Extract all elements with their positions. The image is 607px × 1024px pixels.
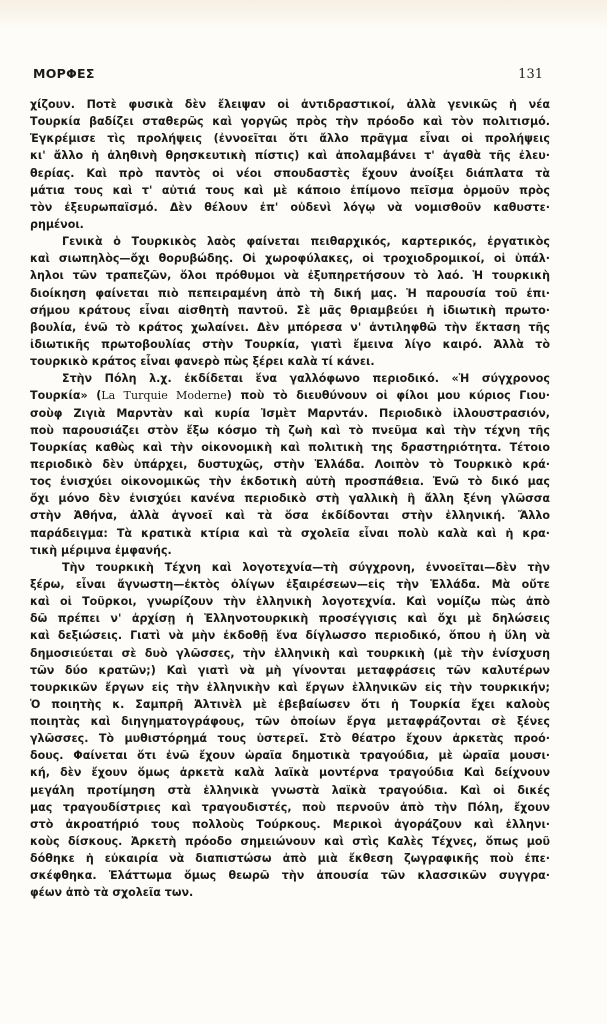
running-title: ΜΟΡΦΕΣ bbox=[33, 66, 95, 81]
text-line: παράδειγμα: Τὰ κρατικὰ κτίρια καὶ τὰ σχο… bbox=[30, 525, 550, 542]
text-line: μεγάλη προτίμηση στὰ ἑλληνικὰ γνωστὰ λαϊ… bbox=[30, 782, 550, 799]
text-line: κή, δὲν ἔχουν ὅμως ἀρκετὰ καλὰ λαϊκὰ μον… bbox=[30, 764, 550, 781]
text-line: μάτια τους καὶ τ' αὐτιά τους καὶ μὲ κάπο… bbox=[30, 182, 550, 199]
text-line: τῶν δύο κρατῶν;) Καὶ γιατὶ νὰ μὴ γίνοντα… bbox=[30, 662, 550, 679]
text-line: ρημένοι. bbox=[30, 216, 550, 233]
text-line: σκέφθηκα. Ἐλάττωμα ὅμως θεωρῶ τὴν ἀπουσί… bbox=[30, 867, 550, 884]
body-text: χίζουν. Ποτὲ φυσικὰ δὲν ἔλειψαν οἱ ἀντιδ… bbox=[30, 96, 550, 902]
text-line: καὶ σιωπηλὸς—ὄχι θορυβώδης. Οἱ χωροφύλακ… bbox=[30, 250, 550, 267]
text-line: καὶ οἱ Τοῦρκοι, γνωρίζουν τὴν ἑλληνικὴ λ… bbox=[30, 593, 550, 610]
text-line: διοίκηση φαίνεται πιὸ πεπειραμένη ἀπὸ τὴ… bbox=[30, 285, 550, 302]
text-line: μας τραγουδίστριες καὶ τραγουδιστές, ποὺ… bbox=[30, 799, 550, 816]
text-line: Τουρκία βαδίζει σταθερῶς καὶ γοργῶς πρὸς… bbox=[30, 113, 550, 130]
text-line: περιοδικὸ δὲν ὑπάρχει, δυστυχῶς, στὴν Ἑλ… bbox=[30, 456, 550, 473]
paragraph: Στὴν Πόλη λ.χ. ἐκδίδεται ἕνα γαλλόφωνο π… bbox=[30, 370, 550, 559]
text-line: ὄχι μόνο δὲν ἐνισχύει κανένα περιοδικὸ σ… bbox=[30, 490, 550, 507]
text-line: θερίας. Καὶ πρὸ παντὸς οἱ νέοι σπουδαστὲ… bbox=[30, 165, 550, 182]
latin-title: La Turquie Moderne bbox=[101, 389, 226, 402]
text-line: δόθηκε ἡ εὐκαιρία νὰ διαπιστώσω ἀπὸ μιὰ … bbox=[30, 850, 550, 867]
paper-aging-stain bbox=[0, 0, 607, 30]
text-line: δῶ πρέπει ν' ἀρχίσῃ ἡ Ἑλληνοτουρκικὴ προ… bbox=[30, 610, 550, 627]
text-line: τικὴ μέριμνα ἐμφανής. bbox=[30, 542, 550, 559]
paragraph: χίζουν. Ποτὲ φυσικὰ δὲν ἔλειψαν οἱ ἀντιδ… bbox=[30, 96, 550, 233]
text-line: χίζουν. Ποτὲ φυσικὰ δὲν ἔλειψαν οἱ ἀντιδ… bbox=[30, 96, 550, 113]
text-line: στὴν Ἀθήνα, ἀλλὰ ἀγνοεῖ καὶ τὰ ὅσα ἐκδίδ… bbox=[30, 507, 550, 524]
page-number: 131 bbox=[518, 67, 543, 82]
text-line: φέων ἀπὸ τὰ σχολεῖα των. bbox=[30, 884, 550, 901]
text-line: ληλοι τῶν τραπεζῶν, ὅλοι πρόθυμοι νὰ ἐξυ… bbox=[30, 267, 550, 284]
text-line: κοὺς δίσκους. Ἀρκετὴ πρόοδο σημειώνουν κ… bbox=[30, 833, 550, 850]
text-line: τουρκικῶν ἔργων εἰς τὴν ἑλληνικὴν καὶ ἔρ… bbox=[30, 679, 550, 696]
text-line: Στὴν Πόλη λ.χ. ἐκδίδεται ἕνα γαλλόφωνο π… bbox=[30, 370, 550, 387]
text-line: στὸ ἀκροατήριό τους πολλοὺς Τούρκους. Με… bbox=[30, 816, 550, 833]
text-line: Τουρκίας καθὼς καὶ τὴν οἰκονομικὴ καὶ πο… bbox=[30, 439, 550, 456]
text-line: κι' ἄλλο ἡ ἀληθινὴ θρησκευτικὴ πίστις) κ… bbox=[30, 147, 550, 164]
text-line: καὶ δεξιώσεις. Γιατὶ νὰ μὴν ἐκδοθῇ ἕνα δ… bbox=[30, 627, 550, 644]
paragraph: Γενικὰ ὁ Τουρκικὸς λαὸς φαίνεται πειθαρχ… bbox=[30, 233, 550, 370]
text-line: σοὺφ Ζιγιὰ Μαρντὰν καὶ κυρία Ἰσμὲτ Μαρντ… bbox=[30, 405, 550, 422]
text-line: Γενικὰ ὁ Τουρκικὸς λαὸς φαίνεται πειθαρχ… bbox=[30, 233, 550, 250]
text-line: ξέρω, εἶναι ἄγνωστη—ἐκτὸς ὀλίγων ἐξαιρέσ… bbox=[30, 576, 550, 593]
text-line: τὸν ἐξευρωπαϊσμό. Δὲν θέλουν ἐπ' οὐδενὶ … bbox=[30, 199, 550, 216]
text-line: βουλία, ἐνῶ τὸ κράτος χωλαίνει. Δὲν μπόρ… bbox=[30, 319, 550, 336]
text-line: γλῶσσες. Τὸ μυθιστόρημά τους ὑστερεῖ. Στ… bbox=[30, 730, 550, 747]
text-line: τουρκικὸ κράτος εἶναι φανερὸ πὼς ξέρει κ… bbox=[30, 353, 550, 370]
text-line: Τὴν τουρκικὴ Τέχνη καὶ λογοτεχνία—τὴ σύγ… bbox=[30, 559, 550, 576]
text-line: Τουρκία» (La Turquie Moderne) ποὺ τὸ διε… bbox=[30, 387, 550, 404]
text-line: Ὁ ποιητὴς κ. Σαμπρῆ Ἀλτινὲλ μὲ ἐβεβαίωσε… bbox=[30, 696, 550, 713]
text-line: δημοσιεύεται σὲ δυὸ γλῶσσες, τὴν ἑλληνικ… bbox=[30, 645, 550, 662]
paragraph: Τὴν τουρκικὴ Τέχνη καὶ λογοτεχνία—τὴ σύγ… bbox=[30, 559, 550, 902]
text-line: σήμου κράτους εἶναι αἰσθητὴ παντοῦ. Σὲ μ… bbox=[30, 302, 550, 319]
text-line: τος ἐνισχύει οἰκονομικῶς τὴν ἐκδοτικὴ αὐ… bbox=[30, 473, 550, 490]
text-line: ποὺ παρουσιάζει στὸν ἔξω κόσμο τὴ ζωὴ κα… bbox=[30, 422, 550, 439]
text-line: ἰδιωτικῆς πρωτοβουλίας στὴν Τουρκία, για… bbox=[30, 336, 550, 353]
text-line: ποιητὰς καὶ διηγηματογράφους, τῶν ὁποίων… bbox=[30, 713, 550, 730]
text-line: Ἐγκρέμισε τὶς προλήψεις (ἐννοεῖται ὅτι ἄ… bbox=[30, 130, 550, 147]
page-header: ΜΟΡΦΕΣ 131 bbox=[33, 66, 543, 82]
text-line: δους. Φαίνεται ὅτι ἐνῶ ἔχουν ὡραῖα δημοτ… bbox=[30, 747, 550, 764]
